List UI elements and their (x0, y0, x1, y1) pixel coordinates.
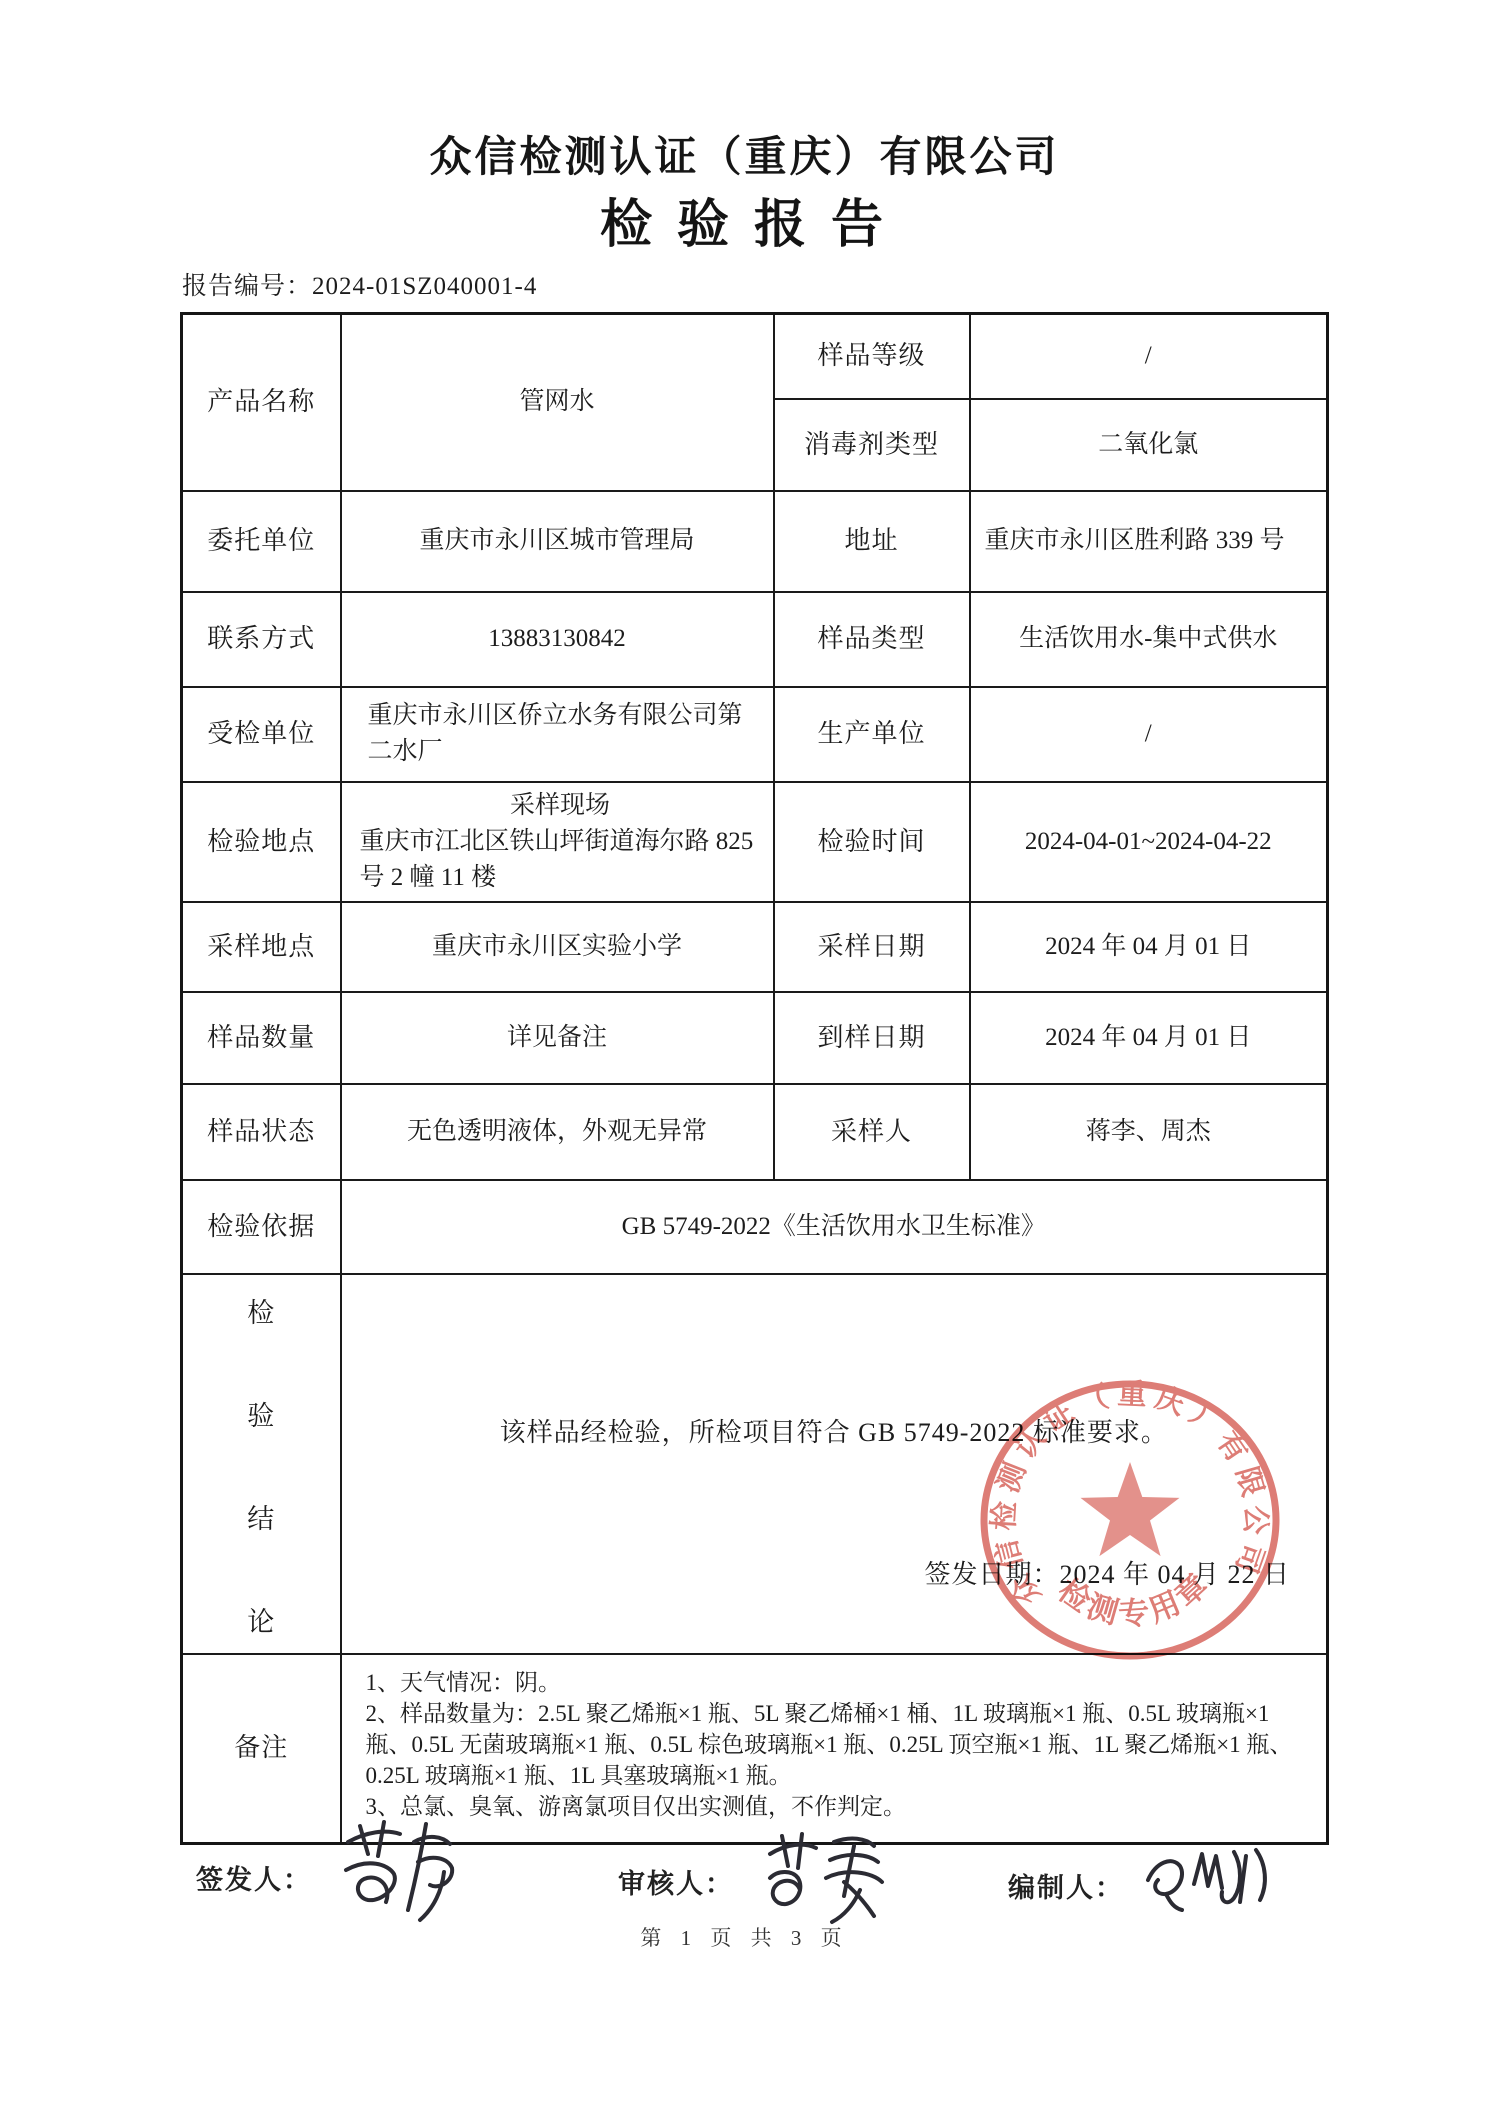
sample-quantity-label: 样品数量 (182, 992, 341, 1084)
inspection-place-line2: 重庆市江北区铁山坪街道海尔路 825 号 2 幢 11 楼 (356, 824, 765, 896)
company-name: 众信检测认证（重庆）有限公司 (0, 124, 1489, 184)
remark-line-3: 3、总氯、臭氧、游离氯项目仅出实测值，不作判定。 (366, 1791, 1309, 1822)
sampler-label: 采样人 (774, 1084, 970, 1180)
sampling-place-value: 重庆市永川区实验小学 (341, 902, 774, 992)
inspection-time-label: 检验时间 (774, 782, 970, 902)
inspection-basis-label: 检验依据 (182, 1180, 341, 1274)
issuer-label: 签发人： (196, 1858, 312, 1897)
conclusion-label: 检 验 结 论 (182, 1274, 341, 1654)
report-info-table: 产品名称 管网水 样品等级 / 消毒剂类型 二氧化氯 委托单位 重庆市永川区城市… (180, 312, 1329, 1845)
inspection-place-line1: 采样现场 (356, 788, 765, 824)
product-name-label: 产品名称 (182, 314, 341, 491)
contact-value: 13883130842 (341, 592, 774, 687)
sample-grade-label: 样品等级 (774, 314, 970, 399)
preparer-label: 编制人： (1008, 1866, 1124, 1905)
remarks-label: 备注 (182, 1654, 341, 1844)
sample-state-value: 无色透明液体，外观无异常 (341, 1084, 774, 1180)
arrival-date-label: 到样日期 (774, 992, 970, 1084)
client-unit-value: 重庆市永川区城市管理局 (341, 491, 774, 592)
client-unit-label: 委托单位 (182, 491, 341, 592)
sampling-date-value: 2024 年 04 月 01 日 (970, 902, 1328, 992)
issue-date: 签发日期：2024 年 04 月 22 日 (924, 1557, 1290, 1593)
sampling-place-label: 采样地点 (182, 902, 341, 992)
inspected-unit-label: 受检单位 (182, 687, 341, 782)
report-number-value: 2024-01SZ040001-4 (312, 273, 537, 300)
conclusion-text: 该样品经检验，所检项目符合 GB 5749-2022 标准要求。 (342, 1415, 1327, 1451)
inspection-place-label: 检验地点 (182, 782, 341, 902)
sample-grade-value: / (970, 314, 1328, 399)
product-name-value: 管网水 (341, 314, 774, 491)
remark-line-1: 1、天气情况：阴。 (366, 1667, 1309, 1698)
disinfectant-type-value: 二氧化氯 (970, 399, 1328, 491)
conclusion-label-vertical: 检 验 结 论 (191, 1279, 332, 1649)
arrival-date-value: 2024 年 04 月 01 日 (970, 992, 1328, 1084)
inspection-basis-value: GB 5749-2022《生活饮用水卫生标准》 (341, 1180, 1328, 1274)
inspection-report-page: 众信检测认证（重庆）有限公司 检 验 报 告 报告编号：2024-01SZ040… (0, 0, 1489, 2106)
address-label: 地址 (774, 491, 970, 592)
sample-quantity-value: 详见备注 (341, 992, 774, 1084)
conclusion-char-3: 结 (247, 1501, 275, 1537)
producer-label: 生产单位 (774, 687, 970, 782)
sampler-value: 蒋李、周杰 (970, 1084, 1328, 1180)
conclusion-char-1: 检 (247, 1295, 275, 1331)
page-number: 第 1 页 共 3 页 (0, 1922, 1489, 1952)
reviewer-label: 审核人： (618, 1862, 734, 1901)
contact-label: 联系方式 (182, 592, 341, 687)
report-number: 报告编号：2024-01SZ040001-4 (182, 266, 537, 302)
inspected-unit-value: 重庆市永川区侨立水务有限公司第二水厂 (341, 687, 774, 782)
producer-value: / (970, 687, 1328, 782)
disinfectant-type-label: 消毒剂类型 (774, 399, 970, 491)
conclusion-cell: 该样品经检验，所检项目符合 GB 5749-2022 标准要求。 签发日期：20… (341, 1274, 1328, 1654)
sample-state-label: 样品状态 (182, 1084, 341, 1180)
sample-type-value: 生活饮用水-集中式供水 (970, 592, 1328, 687)
remark-line-2: 2、样品数量为：2.5L 聚乙烯瓶×1 瓶、5L 聚乙烯桶×1 桶、1L 玻璃瓶… (366, 1698, 1309, 1791)
report-number-label: 报告编号： (182, 273, 312, 300)
conclusion-char-2: 验 (247, 1398, 275, 1434)
inspection-time-value: 2024-04-01~2024-04-22 (970, 782, 1328, 902)
preparer-signature (1140, 1838, 1280, 1918)
address-value: 重庆市永川区胜利路 339 号 (970, 491, 1328, 592)
remarks-cell: 1、天气情况：阴。 2、样品数量为：2.5L 聚乙烯瓶×1 瓶、5L 聚乙烯桶×… (341, 1654, 1328, 1844)
conclusion-char-4: 论 (247, 1604, 275, 1640)
page-title: 检 验 报 告 (0, 182, 1489, 257)
sample-type-label: 样品类型 (774, 592, 970, 687)
inspection-place-value: 采样现场 重庆市江北区铁山坪街道海尔路 825 号 2 幢 11 楼 (341, 782, 774, 902)
sampling-date-label: 采样日期 (774, 902, 970, 992)
